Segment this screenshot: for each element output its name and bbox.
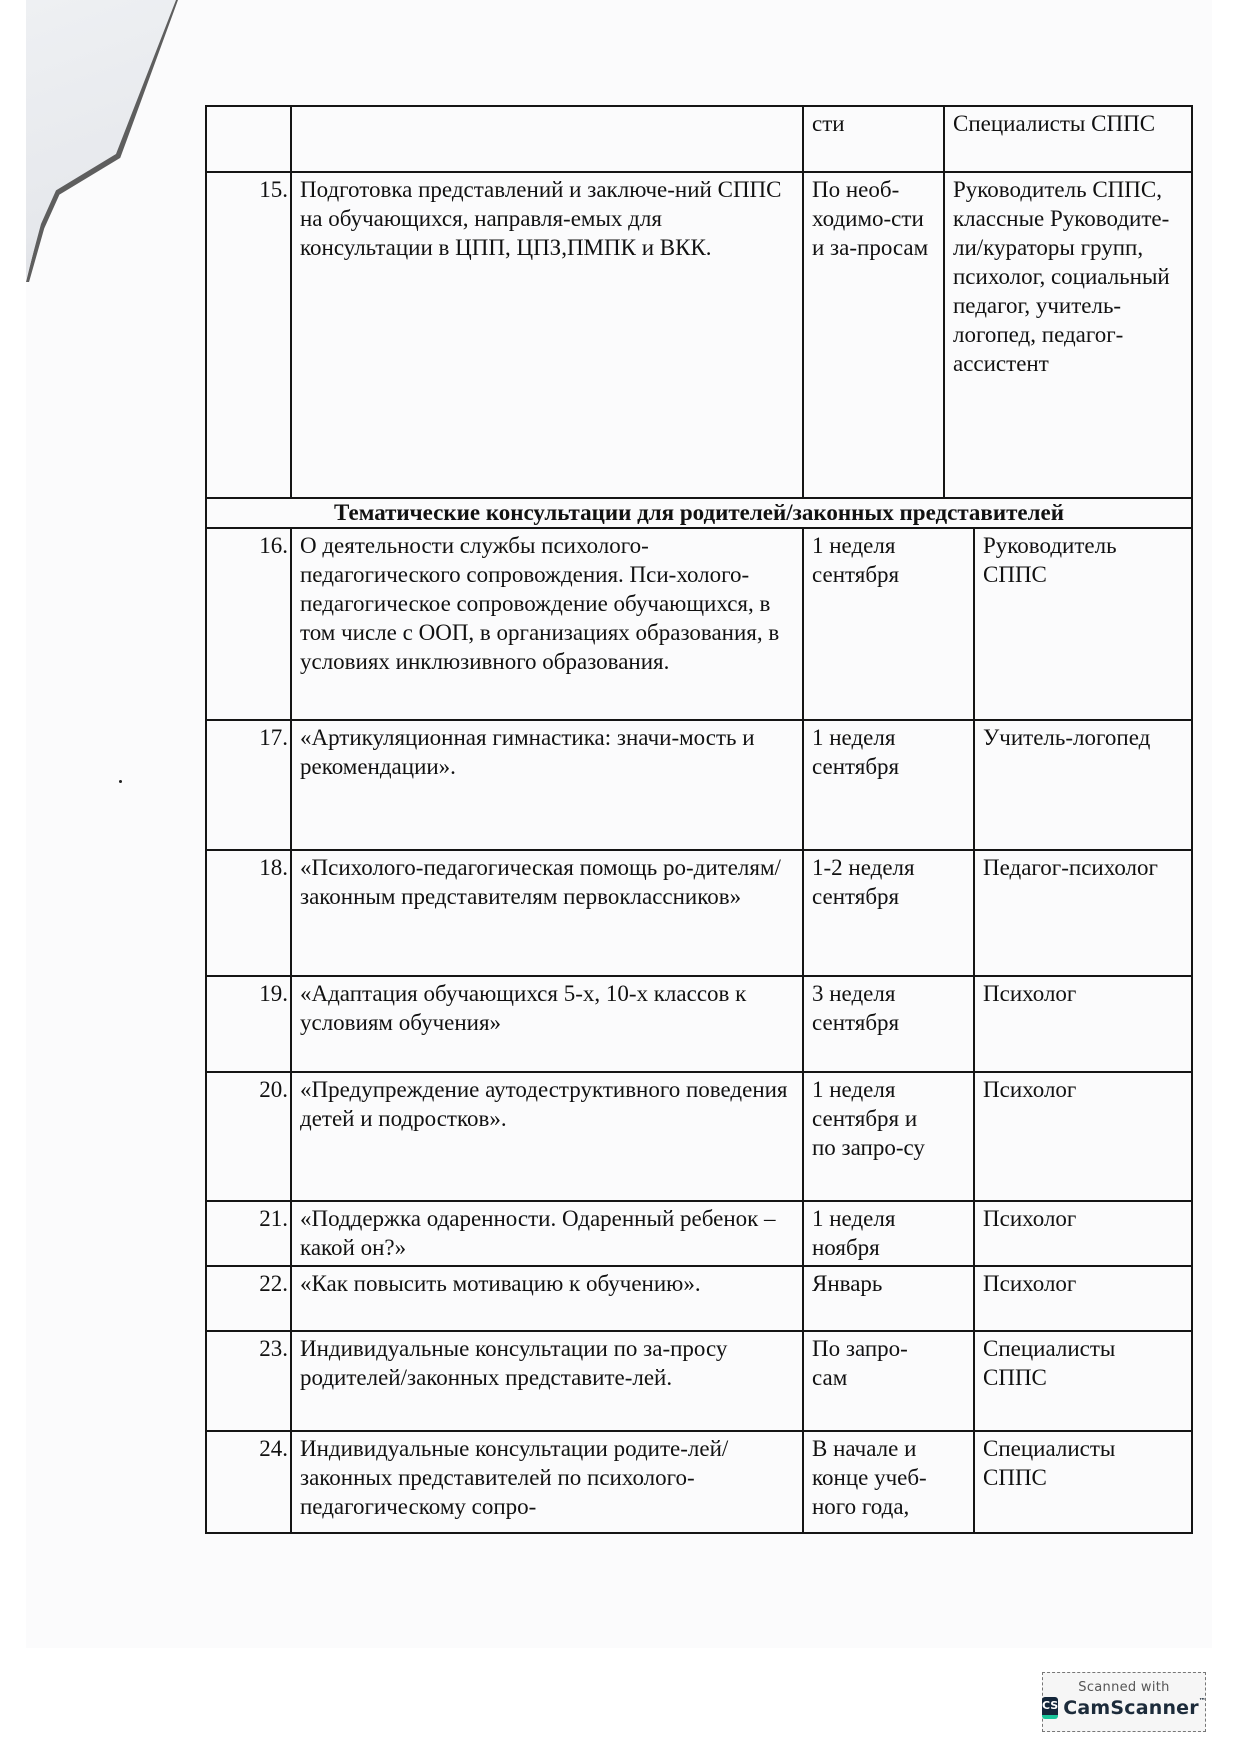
row-content: «Поддержка одаренности. Одаренный ребено… — [291, 1201, 803, 1266]
column-divider — [973, 850, 975, 976]
table-row: 20.«Предупреждение аутодеструктивного по… — [206, 1072, 1192, 1201]
row-content: «Адаптация обучающихся 5-х, 10-х классов… — [291, 976, 803, 1072]
table-row: 17.«Артикуляционная гимнастика: значи-мо… — [206, 720, 1192, 850]
table-row: 18.«Психолого-педагогическая помощь ро-д… — [206, 850, 1192, 976]
section-header-row: Тематические консультации для родителей/… — [206, 498, 1192, 528]
row-timing: Январь — [803, 1266, 944, 1331]
row-number: 22. — [206, 1266, 291, 1331]
row-responsible: Педагог-психолог — [944, 850, 1192, 976]
watermark-caption: Scanned with — [1043, 1680, 1205, 1695]
table-row: 22.«Как повысить мотивацию к обучению».Я… — [206, 1266, 1192, 1331]
table-row: 21.«Поддержка одаренности. Одаренный реб… — [206, 1201, 1192, 1266]
column-divider — [973, 1431, 975, 1533]
row-responsible: Руководитель СППС, классные Руководите-л… — [944, 172, 1192, 498]
row-responsible: Руководитель СППС — [944, 528, 1192, 720]
table-row: 19.«Адаптация обучающихся 5-х, 10-х клас… — [206, 976, 1192, 1072]
watermark-brand: CamScanner™ — [1063, 1697, 1206, 1719]
row-number: 18. — [206, 850, 291, 976]
row-content: Подготовка представлений и заключе-ний С… — [291, 172, 803, 498]
row-timing: В начале и конце учеб-ного года, — [803, 1431, 944, 1533]
row-responsible: Психолог — [944, 1201, 1192, 1266]
row-timing: 1 неделя сентября и по запро-су — [803, 1072, 944, 1201]
row-number: 16. — [206, 528, 291, 720]
row-number: 21. — [206, 1201, 291, 1266]
row-number: 17. — [206, 720, 291, 850]
row-timing: По необ-ходимо-сти и за-просам — [803, 172, 944, 498]
table-row: стиСпециалисты СППС — [206, 106, 1192, 172]
row-content: Индивидуальные консультации родите-лей/з… — [291, 1431, 803, 1533]
scan-speck — [119, 780, 122, 783]
row-content: Индивидуальные консультации по за-просу … — [291, 1331, 803, 1431]
column-divider — [973, 1266, 975, 1331]
row-timing: 3 неделя сентября — [803, 976, 944, 1072]
camscanner-logo-icon: CS — [1042, 1697, 1058, 1719]
table-row: 24.Индивидуальные консультации родите-ле… — [206, 1431, 1192, 1533]
row-responsible: Психолог — [944, 976, 1192, 1072]
row-timing: По запро-сам — [803, 1331, 944, 1431]
column-divider — [973, 976, 975, 1072]
row-content: «Психолого-педагогическая помощь ро-дите… — [291, 850, 803, 976]
row-content: «Как повысить мотивацию к обучению». — [291, 1266, 803, 1331]
table-row: 16.О деятельности службы психолого-педаг… — [206, 528, 1192, 720]
row-responsible: Специалисты СППС — [944, 1431, 1192, 1533]
row-content: «Артикуляционная гимнастика: значи-мость… — [291, 720, 803, 850]
plan-table: стиСпециалисты СППС15.Подготовка предста… — [205, 105, 1193, 1534]
row-timing: 1 неделя ноября — [803, 1201, 944, 1266]
row-content: «Предупреждение аутодеструктивного повед… — [291, 1072, 803, 1201]
row-content: О деятельности службы психолого-педагоги… — [291, 528, 803, 720]
row-number: 24. — [206, 1431, 291, 1533]
row-responsible: Специалисты СППС — [944, 1331, 1192, 1431]
row-number: 15. — [206, 172, 291, 498]
camscanner-watermark: Scanned with CS CamScanner™ — [1042, 1672, 1206, 1732]
column-divider — [973, 720, 975, 850]
column-divider — [973, 1072, 975, 1201]
row-number: 20. — [206, 1072, 291, 1201]
column-divider — [973, 1331, 975, 1431]
table-row: 15.Подготовка представлений и заключе-ни… — [206, 172, 1192, 498]
row-responsible: Психолог — [944, 1266, 1192, 1331]
row-number: 23. — [206, 1331, 291, 1431]
row-number: 19. — [206, 976, 291, 1072]
row-timing: сти — [803, 106, 944, 172]
row-number — [206, 106, 291, 172]
row-timing: 1 неделя сентября — [803, 528, 944, 720]
column-divider — [973, 528, 975, 720]
row-timing: 1 неделя сентября — [803, 720, 944, 850]
row-responsible: Учитель-логопед — [944, 720, 1192, 850]
row-responsible: Психолог — [944, 1072, 1192, 1201]
table-row: 23.Индивидуальные консультации по за-про… — [206, 1331, 1192, 1431]
row-content — [291, 106, 803, 172]
section-header: Тематические консультации для родителей/… — [206, 498, 1192, 528]
column-divider — [973, 1201, 975, 1266]
row-responsible: Специалисты СППС — [944, 106, 1192, 172]
row-timing: 1-2 неделя сентября — [803, 850, 944, 976]
